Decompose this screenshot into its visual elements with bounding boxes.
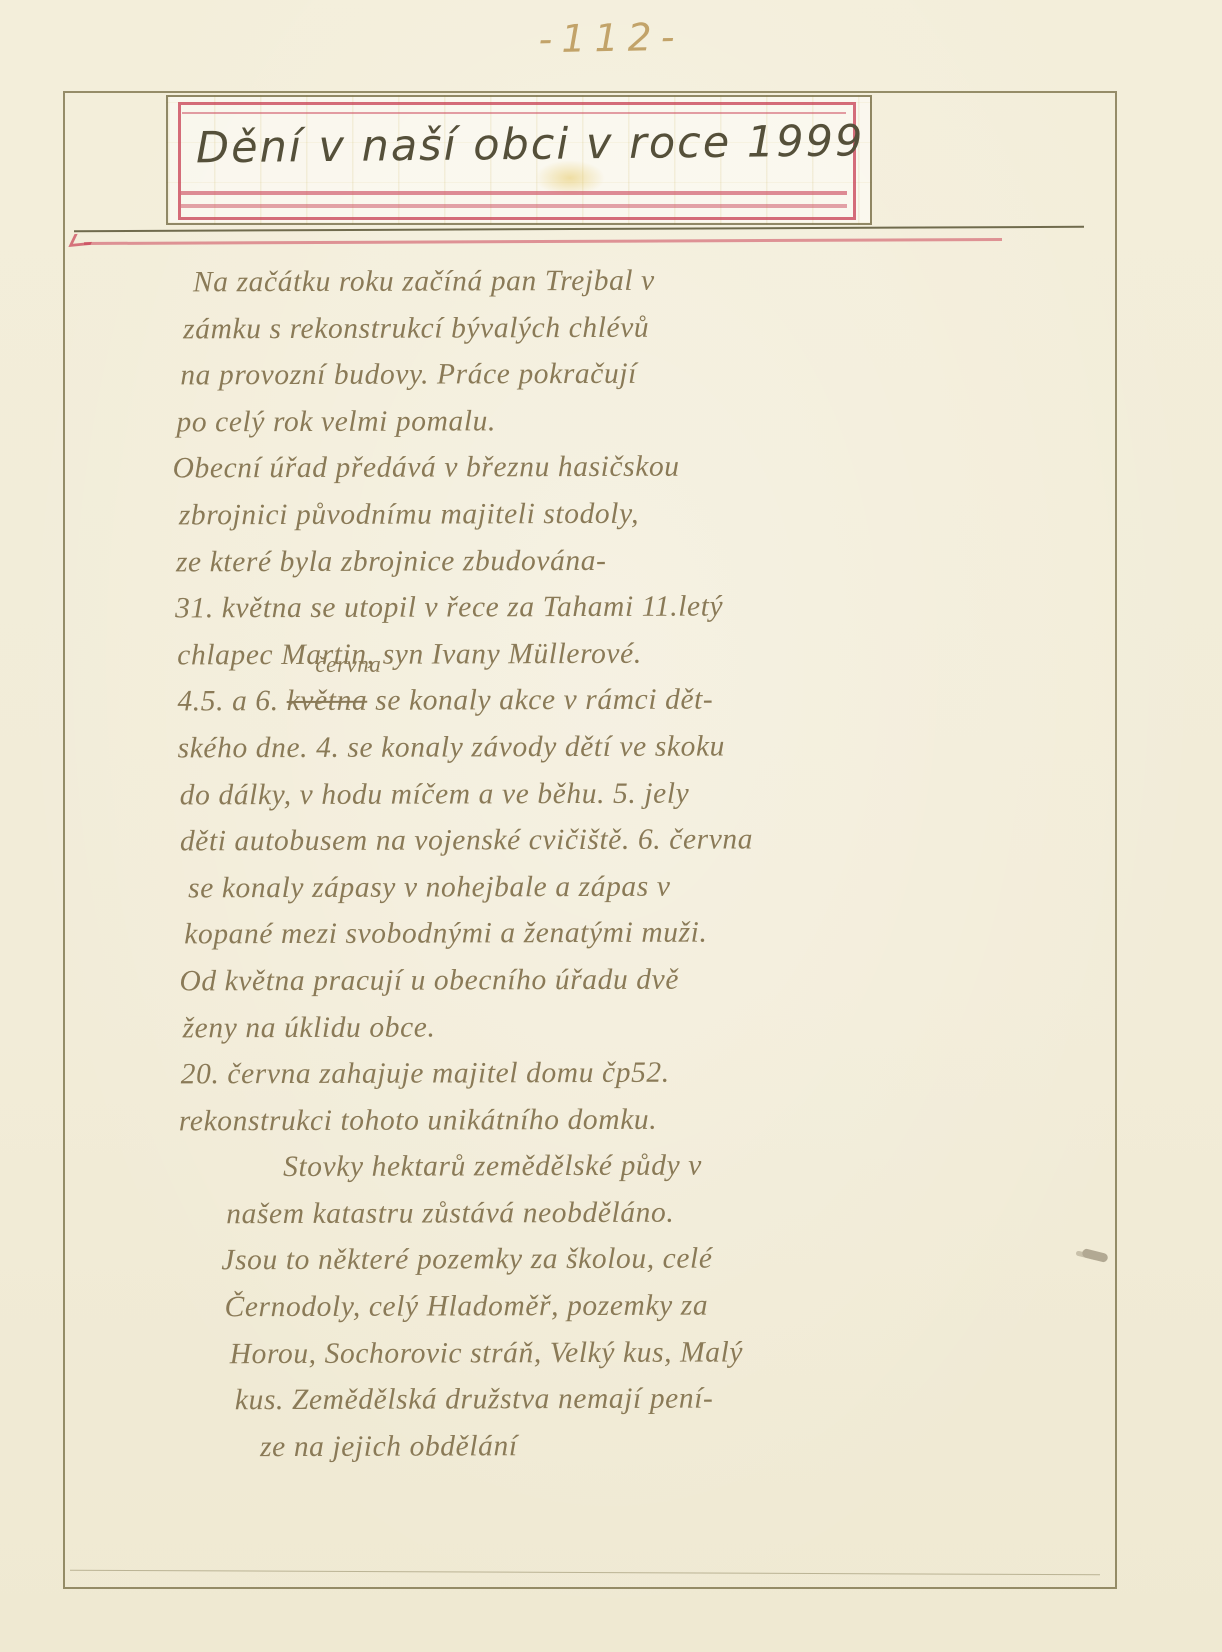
body-line-with-correction: 4.5. a 6. května se konaly akce v rámci …	[177, 676, 1099, 726]
body-line: kus. Zemědělská družstva nemají pení-	[235, 1374, 1102, 1424]
body-line: ského dne. 4. se konaly závody dětí ve s…	[178, 722, 1100, 772]
body-line: po celý rok velmi pomalu.	[176, 396, 1098, 446]
body-line: 31. května se utopil v řece za Tahami 11…	[175, 582, 1099, 632]
body-line: ženy na úklidu obce.	[182, 1002, 1100, 1052]
body-line: našem katastru zůstává neobděláno.	[226, 1188, 1101, 1238]
correction-suffix: se konaly akce v rámci dět-	[367, 684, 713, 717]
body-line: Obecní úřad předává v březnu hasičskou	[173, 443, 1099, 493]
body-line: Jsou to některé pozemky za školou, celé	[221, 1235, 1101, 1285]
body-line: Na začátku roku začíná pan Trejbal v	[193, 256, 1098, 306]
body-line: ze na jejich obdělání	[260, 1421, 1102, 1471]
body-line: děti autobusem na vojenské cvičiště. 6. …	[180, 815, 1100, 865]
page-number: -112-	[0, 5, 1222, 70]
title-red-inner-top-line	[182, 112, 846, 114]
body-line: kopané mezi svobodnými a ženatými muži.	[184, 908, 1100, 958]
chronicle-page: { "page": { "number": "-112-", "title": …	[0, 0, 1222, 1652]
body-line: rekonstrukci tohoto unikátního domku.	[179, 1095, 1101, 1145]
page-title: Dění v naší obci v roce 1999	[196, 117, 836, 174]
body-line: Stovky hektarů zemědělské půdy v	[283, 1141, 1101, 1190]
body-line: 20. června zahajuje majitel domu čp52.	[181, 1048, 1101, 1098]
handwritten-body: Na začátku roku začíná pan Trejbal v zám…	[58, 256, 1102, 1471]
body-line: do dálky, v hodu míčem a ve běhu. 5. jel…	[180, 769, 1100, 819]
body-line: Horou, Sochorovic stráň, Velký kus, Malý	[230, 1328, 1102, 1378]
inserted-word: června	[315, 653, 381, 676]
body-line: se konaly zápasy v nohejbale a zápas v	[188, 862, 1100, 912]
body-line: ze které byla zbrojnice zbudována-	[176, 536, 1099, 586]
title-red-underline	[181, 204, 847, 208]
body-line: Od května pracují u obecního úřadu dvě	[179, 955, 1100, 1005]
title-red-underline	[181, 191, 847, 195]
correction-prefix: 4.5. a 6.	[177, 685, 286, 717]
struck-word: května	[287, 685, 368, 717]
body-line: zámku s rekonstrukcí bývalých chlévů	[183, 303, 1098, 353]
body-line: na provozní budovy. Práce pokračují	[180, 349, 1098, 399]
body-line: Černodoly, celý Hladoměř, pozemky za	[224, 1281, 1101, 1331]
body-line: zbrojnici původnímu majiteli stodoly,	[179, 489, 1099, 539]
